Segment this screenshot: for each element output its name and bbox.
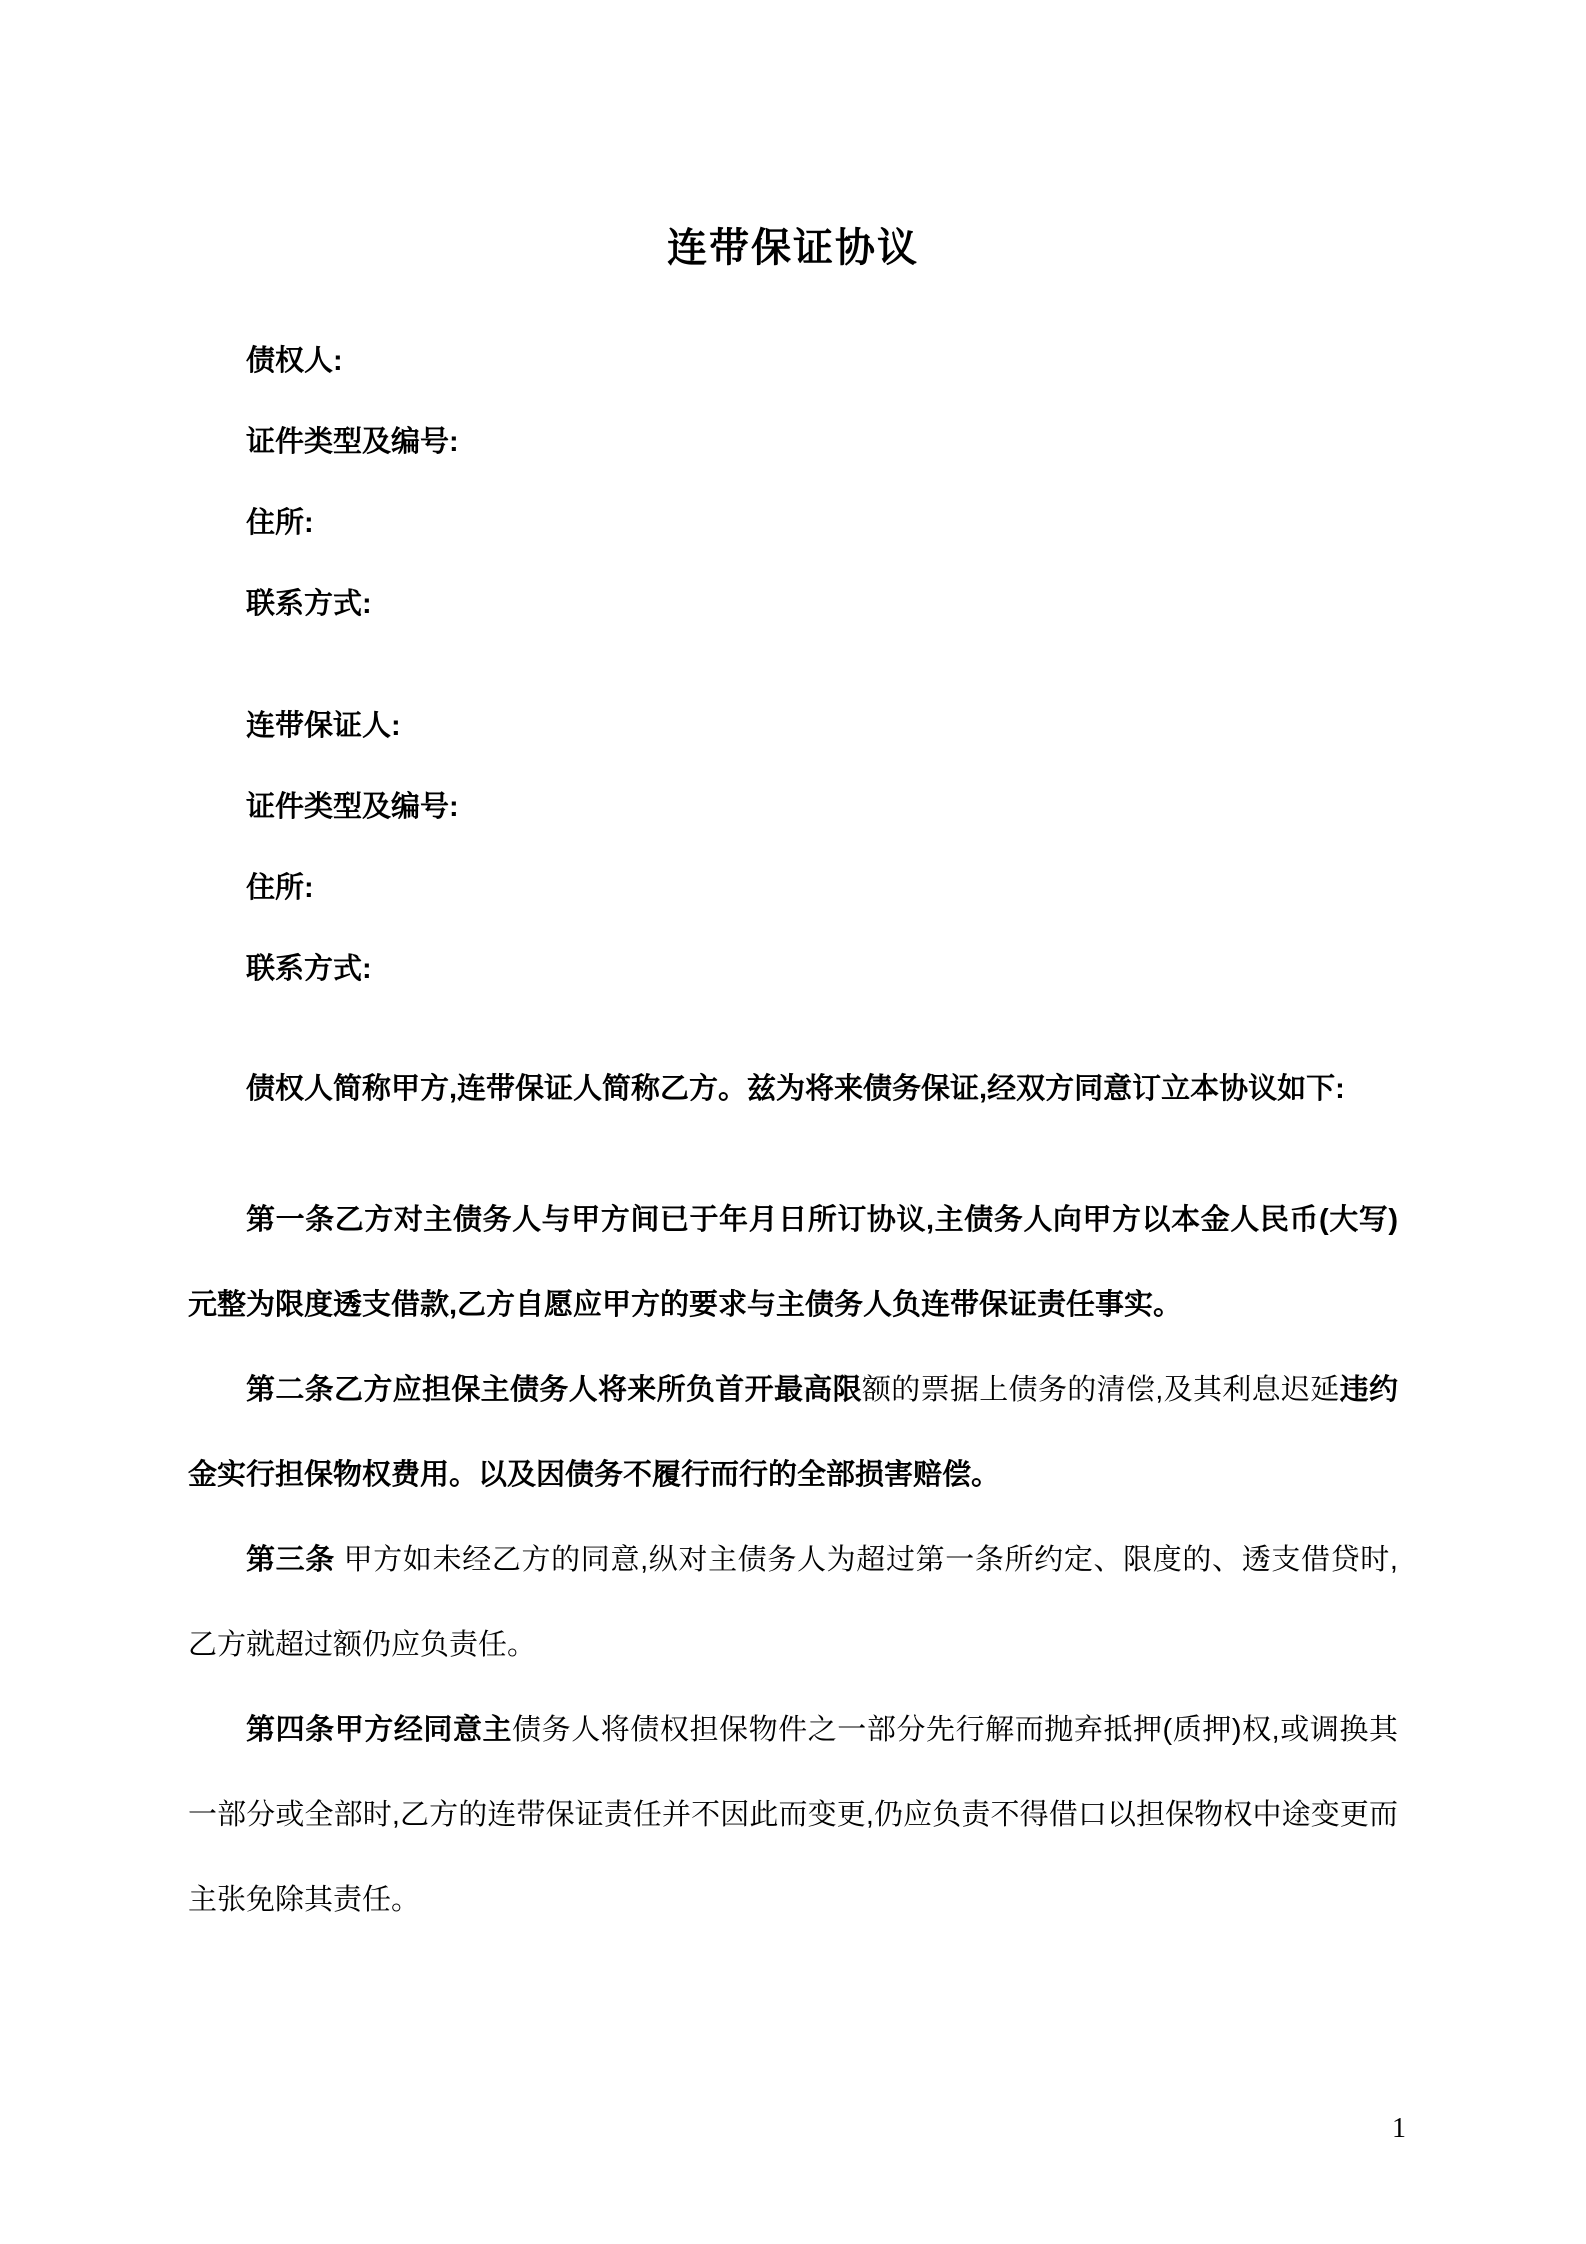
text-run: 第三条 — [246, 1544, 335, 1576]
contract-paragraph-article-2: 第二条乙方应担保主债务人将来所负首开最高限额的票据上债务的清偿,及其利息迟延违约… — [188, 1348, 1398, 1518]
text-run: 第一条乙方对主债务人与甲方间已于年月日所订协议,主债务人向甲方以本金人民币(大写… — [188, 1204, 1398, 1321]
contract-paragraph-intro: 债权人简称甲方,连带保证人简称乙方。兹为将来债务保证,经双方同意订立本协议如下: — [188, 1047, 1398, 1132]
field-label: 证件类型及编号: — [188, 402, 1398, 483]
text-run: 第二条乙方应担保主债务人将来所负首开最高限 — [246, 1374, 862, 1406]
text-run: 额的票据上债务的清偿,及其利息迟延 — [862, 1374, 1340, 1406]
contract-body: 债权人简称甲方,连带保证人简称乙方。兹为将来债务保证,经双方同意订立本协议如下:… — [188, 1047, 1398, 1943]
document-title: 连带保证协议 — [188, 225, 1398, 271]
field-label: 连带保证人: — [188, 686, 1398, 767]
guarantor-block: 连带保证人:证件类型及编号:住所:联系方式: — [188, 686, 1398, 1010]
text-run: 第四条甲方经同意主 — [246, 1714, 512, 1746]
field-label: 住所: — [188, 483, 1398, 564]
contract-paragraph-article-3: 第三条 甲方如未经乙方的同意,纵对主债务人为超过第一条所约定、限度的、透支借贷时… — [188, 1518, 1398, 1688]
field-label: 证件类型及编号: — [188, 767, 1398, 848]
text-run: 甲方如未经乙方的同意,纵对主债务人为超过第一条所约定、限度的、透支借贷时,乙方就… — [188, 1544, 1398, 1661]
document-page: 连带保证协议 债权人:证件类型及编号:住所:联系方式:连带保证人:证件类型及编号… — [0, 0, 1586, 2244]
field-label: 联系方式: — [188, 564, 1398, 645]
page-number: 1 — [1392, 2112, 1406, 2146]
contract-paragraph-article-1: 第一条乙方对主债务人与甲方间已于年月日所订协议,主债务人向甲方以本金人民币(大写… — [188, 1178, 1398, 1348]
text-run: 债权人简称甲方,连带保证人简称乙方。兹为将来债务保证,经双方同意订立本协议如下: — [246, 1073, 1345, 1105]
field-label: 住所: — [188, 848, 1398, 929]
party-section: 债权人:证件类型及编号:住所:联系方式:连带保证人:证件类型及编号:住所:联系方… — [188, 321, 1398, 1010]
field-label: 联系方式: — [188, 929, 1398, 1010]
contract-paragraph-article-4: 第四条甲方经同意主债务人将债权担保物件之一部分先行解而抛弃抵押(质押)权,或调换… — [188, 1688, 1398, 1943]
field-label: 债权人: — [188, 321, 1398, 402]
creditor-block: 债权人:证件类型及编号:住所:联系方式: — [188, 321, 1398, 645]
